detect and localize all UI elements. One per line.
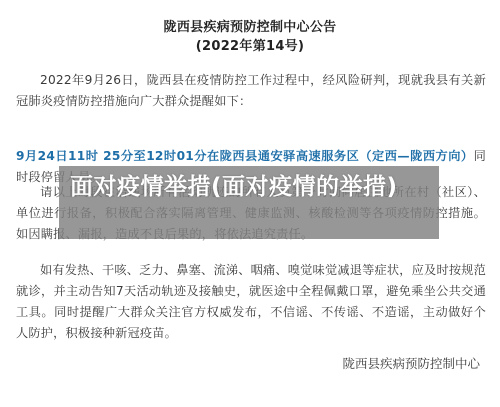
announcement-number: (2022年第14号) xyxy=(0,35,500,54)
caption-overlay-title: 面对疫情举措(面对疫情的举措) xyxy=(70,171,430,203)
signature: 陇西县疾病预防控制中心 xyxy=(342,354,480,372)
symptoms-text: 如有发热、干咳、乏力、鼻塞、流涕、咽痛、嗅觉味觉减退等症状，应及时按规范就诊，并… xyxy=(16,263,486,340)
announcement-title: 陇西县疾病预防控制中心公告 xyxy=(0,16,500,35)
intro-text: 2022年9月26日，陇西县在疫情防控工作过程中，经风险研判，现就我县有关新冠肺… xyxy=(16,73,486,108)
symptoms-paragraph: 如有发热、干咳、乏力、鼻塞、流涕、咽痛、嗅觉味觉减退等症状，应及时按规范就诊，并… xyxy=(16,260,486,344)
intro-paragraph: 2022年9月26日，陇西县在疫情防控工作过程中，经风险研判，现就我县有关新冠肺… xyxy=(16,70,486,112)
location-highlight: 9月24日11时 25分至12时01分在陇西县通安驿高速服务区（定西—陇西方向） xyxy=(16,149,474,163)
